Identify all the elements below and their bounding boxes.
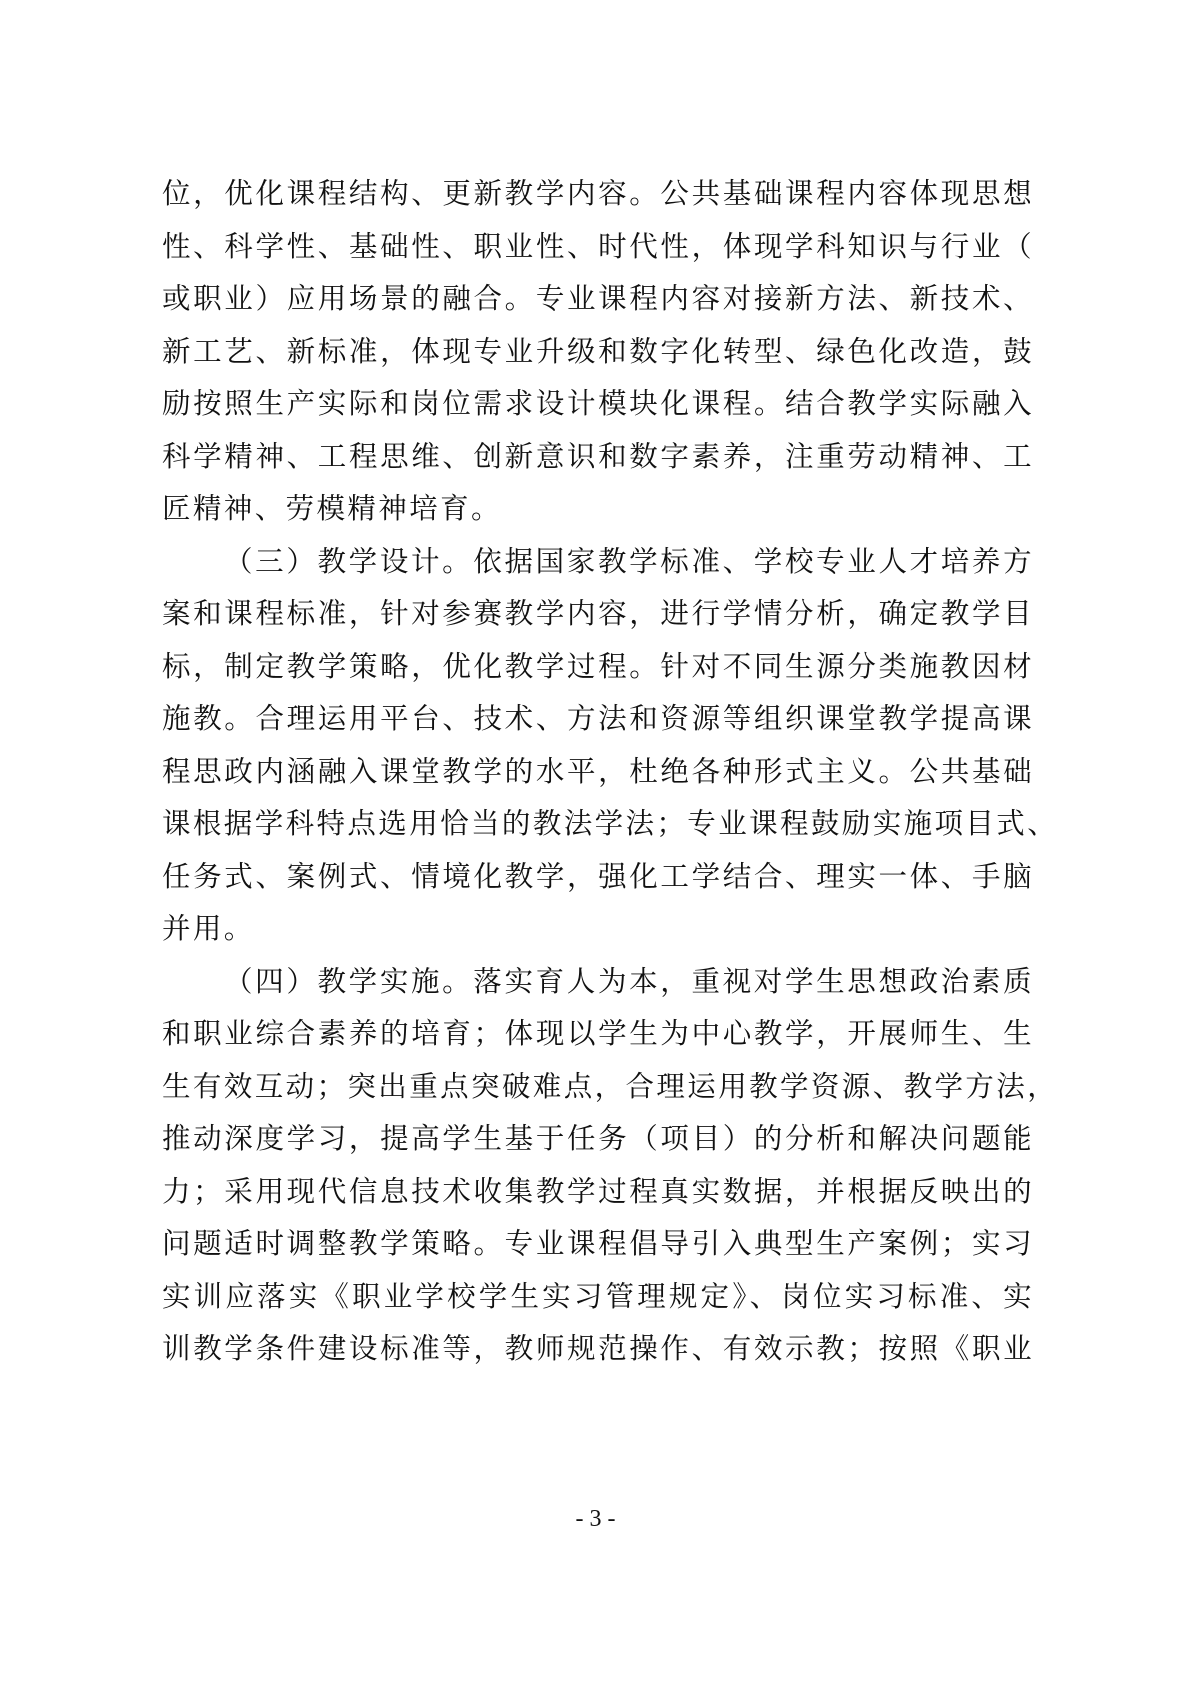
text-line: 励按照生产实际和岗位需求设计模块化课程。结合教学实际融入 bbox=[162, 382, 1034, 435]
text-line: 程思政内涵融入课堂教学的水平，杜绝各种形式主义。公共基础 bbox=[162, 750, 1034, 803]
text-line: 位，优化课程结构、更新教学内容。公共基础课程内容体现思想 bbox=[162, 172, 1034, 225]
text-line: 生有效互动；突出重点突破难点，合理运用教学资源、教学方法， bbox=[162, 1065, 1034, 1118]
text-line: 新工艺、新标准，体现专业升级和数字化转型、绿色化改造，鼓 bbox=[162, 330, 1034, 383]
text-line: 任务式、案例式、情境化教学，强化工学结合、理实一体、手脑 bbox=[162, 855, 1034, 908]
text-line: 施教。合理运用平台、技术、方法和资源等组织课堂教学提高课 bbox=[162, 697, 1034, 750]
document-page: 位，优化课程结构、更新教学内容。公共基础课程内容体现思想 性、科学性、基础性、职… bbox=[0, 0, 1191, 1684]
text-line: 训教学条件建设标准等，教师规范操作、有效示教；按照《职业 bbox=[162, 1327, 1034, 1380]
text-line: 标，制定教学策略，优化教学过程。针对不同生源分类施教因材 bbox=[162, 645, 1034, 698]
text-line: 问题适时调整教学策略。专业课程倡导引入典型生产案例；实习 bbox=[162, 1222, 1034, 1275]
text-line: 和职业综合素养的培育；体现以学生为中心教学，开展师生、生 bbox=[162, 1012, 1034, 1065]
text-line: 推动深度学习，提高学生基于任务（项目）的分析和解决问题能 bbox=[162, 1117, 1034, 1170]
text-line: 实训应落实《职业学校学生实习管理规定》、岗位实习标准、实 bbox=[162, 1275, 1034, 1328]
section-heading-line: （四）教学实施。落实育人为本，重视对学生思想政治素质 bbox=[162, 960, 1034, 1013]
text-line: 力；采用现代信息技术收集教学过程真实数据，并根据反映出的 bbox=[162, 1170, 1034, 1223]
text-line: 或职业）应用场景的融合。专业课程内容对接新方法、新技术、 bbox=[162, 277, 1034, 330]
text-line: 案和课程标准，针对参赛教学内容，进行学情分析，确定教学目 bbox=[162, 592, 1034, 645]
page-number: - 3 - bbox=[0, 1506, 1191, 1533]
body-text: 位，优化课程结构、更新教学内容。公共基础课程内容体现思想 性、科学性、基础性、职… bbox=[162, 172, 1034, 1380]
text-line: 性、科学性、基础性、职业性、时代性，体现学科知识与行业（ bbox=[162, 225, 1034, 278]
text-line: 并用。 bbox=[162, 907, 1034, 960]
text-line: 科学精神、工程思维、创新意识和数字素养，注重劳动精神、工 bbox=[162, 435, 1034, 488]
text-line: 匠精神、劳模精神培育。 bbox=[162, 487, 1034, 540]
section-heading-line: （三）教学设计。依据国家教学标准、学校专业人才培养方 bbox=[162, 540, 1034, 593]
text-line: 课根据学科特点选用恰当的教法学法；专业课程鼓励实施项目式、 bbox=[162, 802, 1034, 855]
